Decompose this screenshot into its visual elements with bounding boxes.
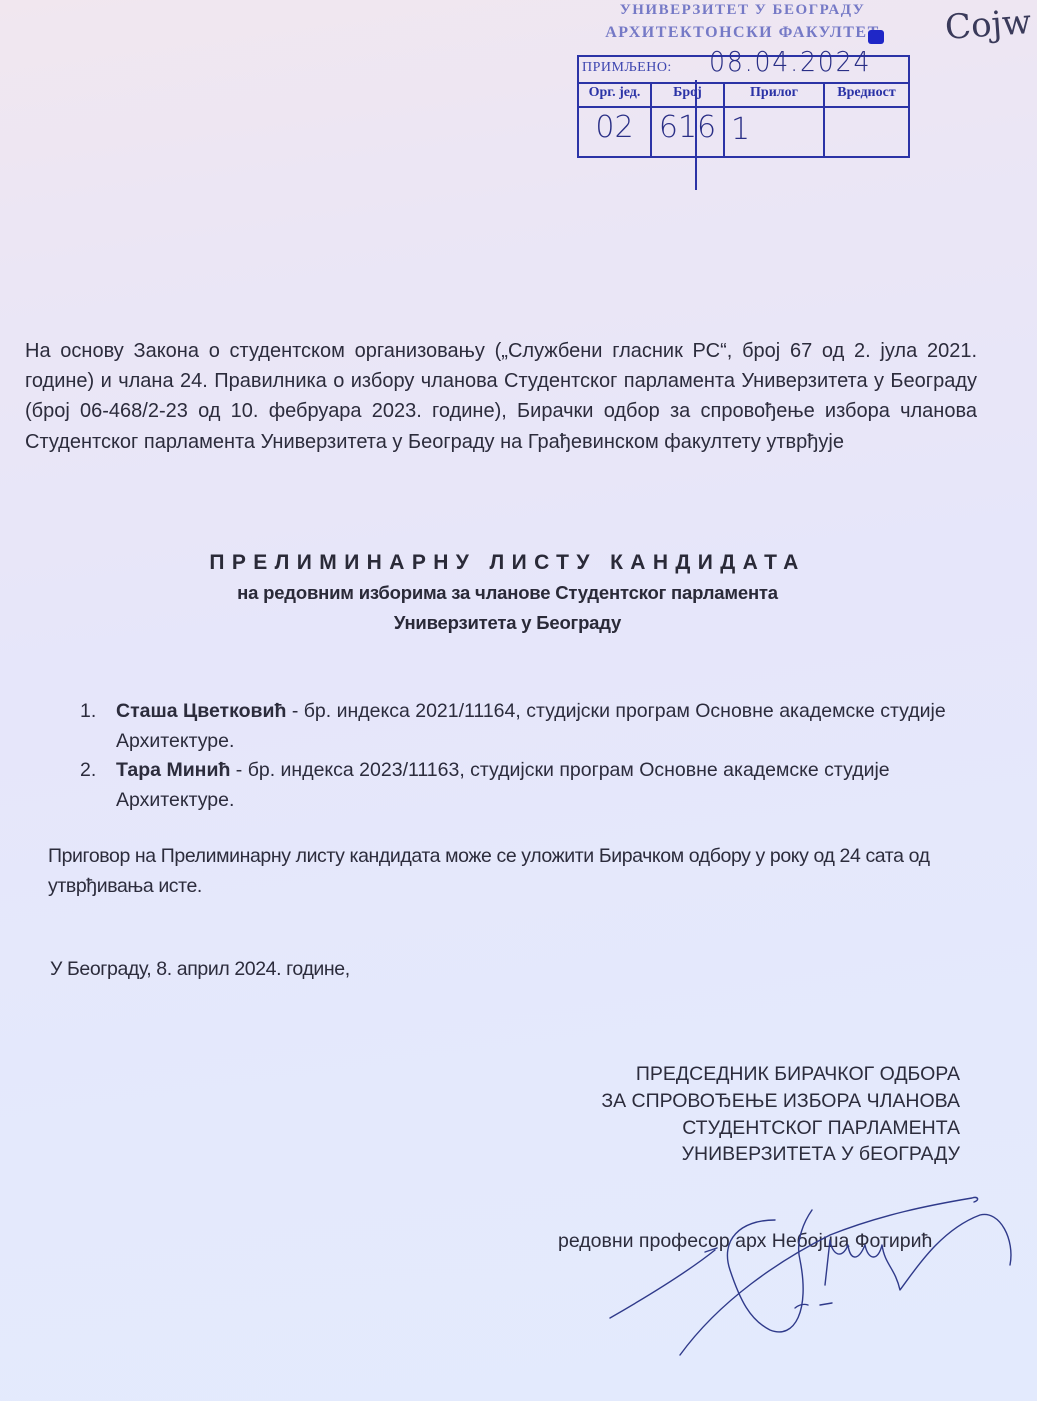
candidate-item: 2. Тара Минић - бр. индекса 2023/11163, … [0,756,968,815]
candidate-name: Тара Минић [116,759,230,781]
signature-block: ПРЕДСЕДНИК БИРАЧКОГ ОДБОРА ЗА СПРОВОЂЕЊЕ… [520,1061,960,1168]
signer-name: редовни професор арх Небојша Фотирић [558,1230,932,1253]
stamp-header-org-unit: Орг. јед. [579,82,652,106]
handwritten-note: Cojw [944,2,1033,48]
objection-paragraph: Приговор на Прелиминарну листу кандидата… [48,842,978,901]
candidate-details: - бр. индекса 2023/11163, студијски прог… [116,759,890,811]
stamp-faculty: АРХИТЕКТОНСКИ ФАКУЛТЕТ [570,24,915,42]
signature-block-line4: УНИВЕРЗИТЕТА У бЕОГРАДУ [520,1141,960,1168]
candidate-item: 1. Сташа Цветковић - бр. индекса 2021/11… [0,697,968,756]
signature-block-line3: СТУДЕНТСКОГ ПАРЛАМЕНТА [520,1115,960,1142]
place-and-date: У Београду, 8. април 2024. године, [50,958,350,981]
document-title: ПРЕЛИМИНАРНУ ЛИСТУ КАНДИДАТА [0,548,1015,578]
title-block: ПРЕЛИМИНАРНУ ЛИСТУ КАНДИДАТА на редовним… [0,548,1015,638]
stamp-table: ПРИМЉЕНО: 08.04.2024 Орг. јед. Број Прил… [577,55,910,158]
registry-stamp: УНИВЕРЗИТЕТ У БЕОГРАДУ АРХИТЕКТОНСКИ ФАК… [570,0,920,195]
document-subtitle-line1: на редовним изборима за чланове Студентс… [0,578,1015,608]
intro-paragraph: На основу Закона о студентском организов… [25,336,977,457]
stamp-university: УНИВЕРЗИТЕТ У БЕОГРАДУ [570,2,915,19]
stamp-value-attachment: 1 [731,112,750,147]
candidate-number: 2. [80,756,96,786]
stamp-ink-blot [868,30,884,44]
candidate-list: 1. Сташа Цветковић - бр. индекса 2021/11… [0,697,1037,815]
stamp-received-label: ПРИМЉЕНО: [582,60,672,76]
stamp-header-row: Орг. јед. Број Прилог Вредност [579,82,908,108]
stamp-header-attachment: Прилог [725,82,825,106]
signature-block-line1: ПРЕДСЕДНИК БИРАЧКОГ ОДБОРА [520,1061,960,1088]
signature-block-line2: ЗА СПРОВОЂЕЊЕ ИЗБОРА ЧЛАНОВА [520,1088,960,1115]
stamp-values-row: 02 616 1 [579,106,908,156]
stamp-header-value: Вредност [825,82,908,106]
handwritten-signature-icon [580,1190,1030,1390]
stamp-received-row: ПРИМЉЕНО: 08.04.2024 [579,57,908,84]
stamp-pen-line [695,80,697,190]
document-subtitle-line2: Универзитета у Београду [0,608,1015,638]
stamp-header-number: Број [652,82,725,106]
candidate-name: Сташа Цветковић [116,700,286,722]
stamp-value-org-unit: 02 [579,110,650,145]
stamp-value-number: 616 [652,110,723,145]
stamp-received-date: 08.04.2024 [709,45,871,78]
candidate-number: 1. [80,697,96,727]
